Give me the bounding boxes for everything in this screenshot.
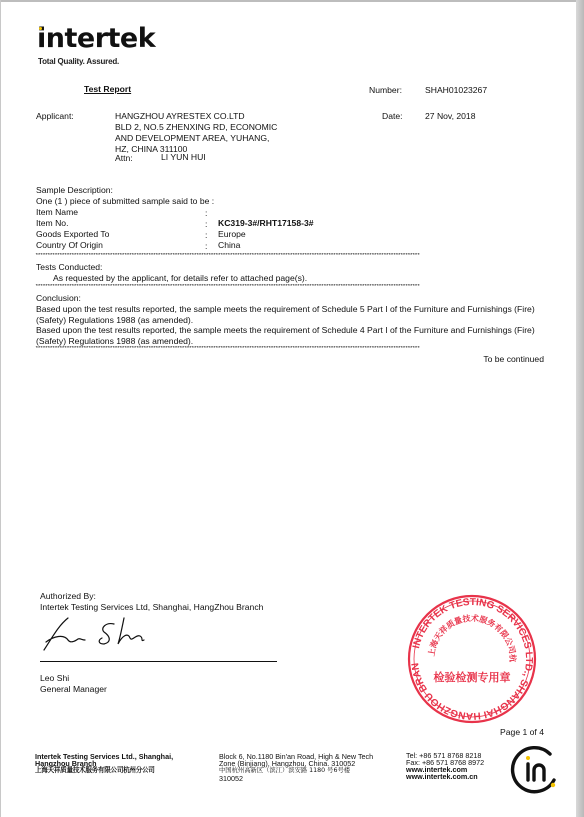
company-seal-stamp: INTERTEK TESTING SERVICES LTD., SHANGHAI…	[406, 593, 538, 725]
applicant-line: AND DEVELOPMENT AREA, YUHANG,	[115, 133, 269, 144]
report-date: 27 Nov, 2018	[425, 111, 475, 122]
field-value-exported-to: Europe	[218, 229, 246, 240]
separator-line: ****************************************…	[35, 346, 544, 350]
page-number: Page 1 of 4	[500, 727, 544, 738]
field-label-origin: Country Of Origin	[36, 240, 103, 251]
tests-text: As requested by the applicant, for detai…	[53, 273, 307, 284]
page-top-border	[0, 0, 584, 2]
report-number: SHAH01023267	[425, 85, 487, 96]
conclusion-line: (Safety) Regulations 1988 (as amended).	[36, 336, 193, 347]
field-sep: :	[205, 208, 207, 219]
signature-line	[40, 661, 277, 662]
sample-intro: One (1 ) piece of submitted sample said …	[36, 196, 214, 207]
logo-dot-icon	[39, 27, 42, 30]
field-sep: :	[205, 230, 207, 241]
intertek-logo: intertek	[37, 24, 155, 54]
applicant-label: Applicant:	[36, 111, 74, 122]
page-right-shadow	[576, 0, 584, 817]
applicant-line: HANGZHOU AYRESTEX CO.LTD	[115, 111, 245, 122]
field-label-item-no: Item No.	[36, 218, 68, 229]
signer-title: General Manager	[40, 684, 107, 695]
intertek-in-logo-icon	[508, 744, 560, 796]
footer-address-line: 310052	[219, 775, 243, 783]
tests-heading: Tests Conducted:	[36, 262, 102, 273]
field-value-item-no: KC319-3#/RHT17158-3#	[218, 218, 314, 229]
signer-name: Leo Shi	[40, 673, 69, 684]
attn-value: LI YUN HUI	[161, 152, 206, 163]
authorized-by-label: Authorized By:	[40, 591, 96, 602]
field-label-item-name: Item Name	[36, 207, 78, 218]
conclusion-line: Based upon the test results reported, th…	[36, 325, 535, 336]
report-title: Test Report	[84, 84, 131, 94]
number-label: Number:	[369, 85, 402, 96]
separator-line: ****************************************…	[35, 253, 544, 257]
field-sep: :	[205, 241, 207, 252]
stamp-center-text: 检验检测专用章	[434, 670, 511, 684]
attn-label: Attn:	[115, 153, 133, 164]
conclusion-line: (Safety) Regulations 1988 (as amended).	[36, 315, 193, 326]
sample-heading: Sample Description:	[36, 185, 113, 196]
footer-company-cn: 上海天祥质量技术服务有限公司杭州分公司	[35, 767, 155, 775]
applicant-line: BLD 2, NO.5 ZHENXING RD, ECONOMIC	[115, 122, 277, 133]
signature-image	[40, 612, 160, 652]
to-be-continued: To be continued	[483, 354, 544, 365]
separator-line: ****************************************…	[35, 284, 544, 288]
authorized-org: Intertek Testing Services Ltd, Shanghai,…	[40, 602, 263, 613]
logo-tagline: Total Quality. Assured.	[38, 57, 119, 66]
conclusion-heading: Conclusion:	[36, 293, 81, 304]
field-value-origin: China	[218, 240, 240, 251]
field-sep: :	[205, 219, 207, 230]
conclusion-line: Based upon the test results reported, th…	[36, 304, 535, 315]
footer-website-cn-link[interactable]: www.intertek.com.cn	[406, 773, 478, 781]
field-label-exported-to: Goods Exported To	[36, 229, 109, 240]
date-label: Date:	[382, 111, 403, 122]
page-left-border	[0, 0, 1, 817]
